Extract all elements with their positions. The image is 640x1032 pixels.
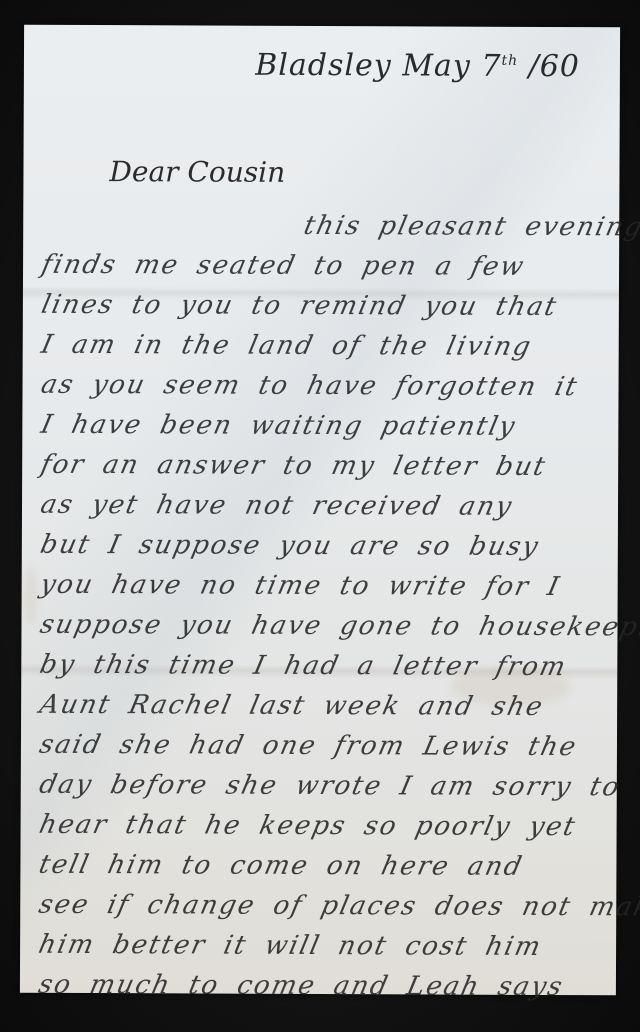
letter-line: as yet have not received any <box>36 490 605 532</box>
dateline-day-suffix: th <box>501 53 518 69</box>
letter-line: as you seem to have forgotten it <box>36 370 605 412</box>
letter-line: Aunt Rachel last week and she <box>35 690 604 732</box>
letter-line: see if change of places does not make <box>34 890 603 932</box>
letter-line: by this time I had a letter from <box>35 650 604 692</box>
letter-line: you have no time to write for I <box>35 570 604 612</box>
dateline-place: Bladsley <box>255 48 392 84</box>
letter-line: day before she wrote I am sorry to <box>34 770 603 812</box>
letter-line: for an answer to my letter but <box>36 450 605 492</box>
letter-line: I have been waiting patiently <box>36 410 605 452</box>
letter-line: hear that he keeps so poorly yet <box>34 810 603 852</box>
letter-line: this pleasant evening <box>299 211 606 252</box>
letter-line: said she had one from Lewis the <box>35 730 604 772</box>
letter-line: but I suppose you are so busy <box>35 530 604 572</box>
dateline-year: /60 <box>529 49 580 84</box>
letter-line: him better it will not cost him <box>34 930 603 972</box>
letter-body: this pleasant evening finds me seated to… <box>23 210 619 213</box>
dateline-day: 7 <box>481 49 501 84</box>
paper-stain <box>23 565 37 625</box>
letter-line: lines to you to remind you that <box>37 290 606 332</box>
letter-line: tell him to come on here and <box>34 850 603 892</box>
letter-line: finds me seated to pen a few <box>37 250 606 292</box>
letter-salutation: Dear Cousin <box>109 155 285 189</box>
dateline-month: May <box>402 48 471 83</box>
letter-dateline: Bladsley May 7th /60 <box>255 48 580 84</box>
letter-page: Bladsley May 7th /60 Dear Cousin this pl… <box>20 25 620 996</box>
letter-line: so much to come and Leah says <box>34 970 603 1012</box>
letter-line: I am in the land of the living <box>36 330 605 372</box>
letter-line: suppose you have gone to housekeeping <box>35 610 604 652</box>
